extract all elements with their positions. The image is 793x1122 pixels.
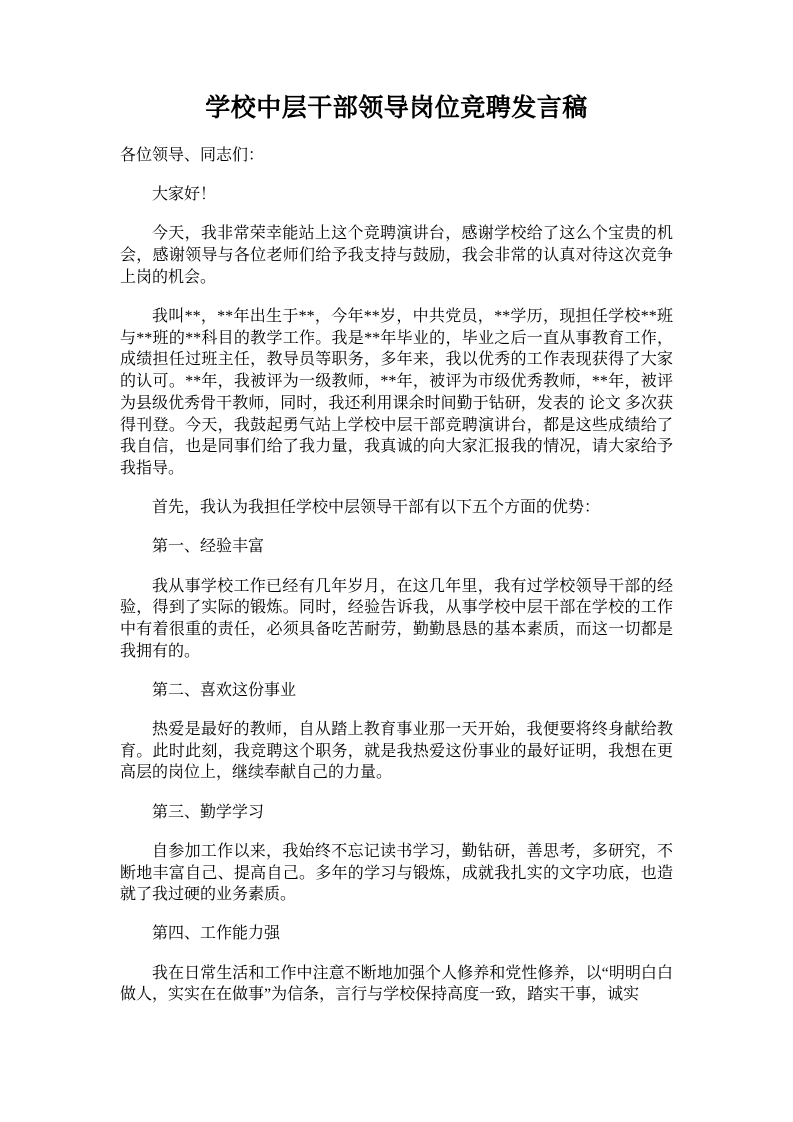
paragraph: 我叫**，**年出生于**，今年**岁，中共党员，**学历，现担任学校**班与*…: [120, 306, 673, 480]
paragraph: 各位领导、同志们：: [120, 145, 673, 167]
paragraph: 第四、工作能力强: [120, 923, 673, 945]
paragraph: 今天，我非常荣幸能站上这个竞聘演讲台，感谢学校给了这么个宝贵的机会，感谢领导与各…: [120, 223, 673, 288]
paragraph: 第三、勤学学习: [120, 802, 673, 824]
paragraph: 我在日常生活和工作中注意不断地加强个人修养和党性修养，以“明明白白做人，实实在在…: [120, 963, 673, 1006]
paragraph: 自参加工作以来，我始终不忘记读书学习，勤钻研，善思考，多研究，不断地丰富自己、提…: [120, 841, 673, 906]
paragraph: 我从事学校工作已经有几年岁月，在这几年里，我有过学校领导干部的经验，得到了实际的…: [120, 576, 673, 663]
paragraph: 大家好！: [120, 184, 673, 206]
paragraph: 首先，我认为我担任学校中层领导干部有以下五个方面的优势：: [120, 497, 673, 519]
paragraph: 热爱是最好的教师，自从踏上教育事业那一天开始，我便要将终身献给教育。此时此刻，我…: [120, 719, 673, 784]
document-page: 学校中层干部领导岗位竞聘发言稿 各位领导、同志们： 大家好！ 今天，我非常荣幸能…: [0, 0, 793, 1122]
paragraph: 第二、喜欢这份事业: [120, 680, 673, 702]
paragraph: 第一、经验丰富: [120, 536, 673, 558]
document-body: 各位领导、同志们： 大家好！ 今天，我非常荣幸能站上这个竞聘演讲台，感谢学校给了…: [120, 145, 673, 1006]
document-title: 学校中层干部领导岗位竞聘发言稿: [120, 92, 673, 125]
